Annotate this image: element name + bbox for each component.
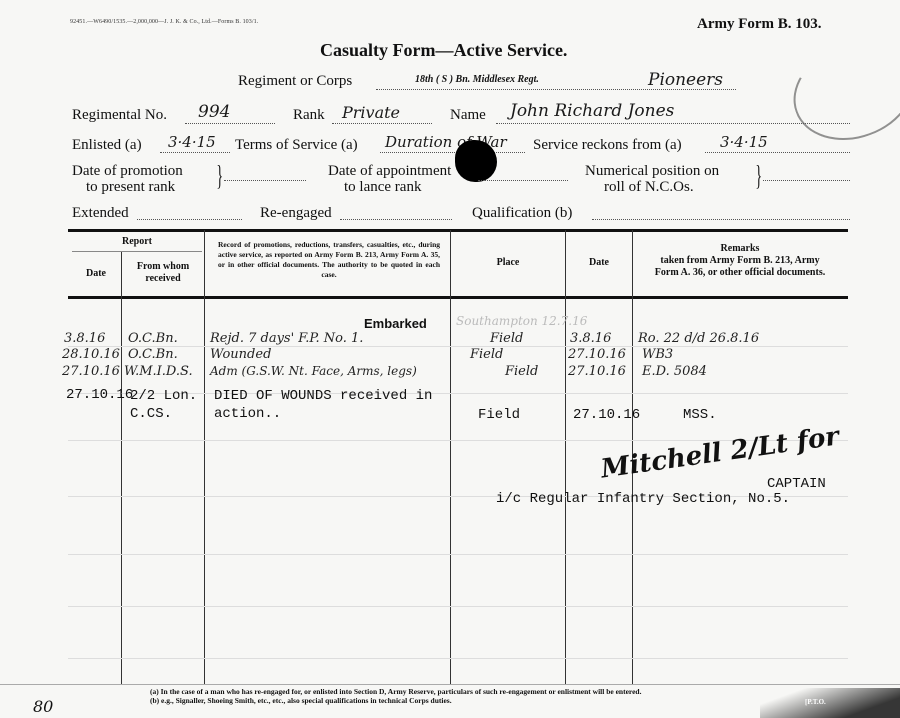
page-title: Casualty Form—Active Service. [320, 40, 567, 61]
brace-icon: } [216, 163, 223, 191]
qualification-label: Qualification (b) [472, 205, 572, 222]
army-form-number: Army Form B. 103. [697, 16, 822, 33]
numerical-position-label-line2: roll of N.C.Os. [604, 179, 694, 196]
scan-shadow [760, 688, 900, 718]
regiment-label: Regiment or Corps [238, 73, 352, 90]
column-header-remarks-body: taken from Army Form B. 213, Army Form A… [648, 255, 832, 279]
faint-place-entry: Southampton 12.7.16 [456, 314, 587, 328]
brace-icon: } [755, 163, 762, 191]
pto-marker: [P.T.O. [805, 698, 826, 706]
rank-value: Private [342, 103, 400, 122]
promotion-label-line2: to present rank [86, 179, 175, 196]
service-reckons-label: Service reckons from (a) [533, 137, 682, 154]
column-header-date: Date [72, 268, 120, 280]
regimental-no-value: 994 [198, 102, 230, 122]
signature-title: CAPTAIN [767, 476, 826, 492]
service-reckons-value: 3·4·15 [720, 133, 768, 151]
page-number: 80 [33, 697, 53, 716]
ink-blot [455, 140, 497, 182]
circular-stamp-icon [780, 26, 900, 157]
column-header-date2: Date [567, 257, 631, 269]
terms-label: Terms of Service (a) [235, 137, 358, 154]
enlisted-value: 3·4·15 [168, 133, 216, 151]
column-header-place: Place [452, 257, 564, 269]
rank-label: Rank [293, 107, 325, 124]
column-header-remarks-title: Remarks [640, 243, 840, 255]
print-code: 92451.—W6490/1535.—2,000,000—J. J. K. & … [70, 19, 258, 25]
footnote-b: (b) e.g., Signaller, Shoeing Smith, etc.… [150, 696, 452, 705]
reengaged-label: Re-engaged [260, 205, 332, 222]
footnote-a: (a) In the case of a man who has re-enga… [150, 687, 641, 696]
column-header-from-whom: From whom received [124, 261, 202, 285]
extended-label: Extended [72, 205, 129, 222]
embarked-stamp: Embarked [364, 316, 427, 331]
column-header-record: Record of promotions, reductions, transf… [218, 240, 440, 280]
section-label: i/c Regular Infantry Section, No.5. [496, 491, 790, 507]
appointment-label-line1: Date of appointment [328, 163, 451, 180]
name-value: John Richard Jones [510, 101, 674, 121]
column-header-report: Report [72, 236, 202, 248]
regiment-value: 18th ( S ) Bn. Middlesex Regt. [415, 74, 539, 85]
name-label: Name [450, 107, 486, 124]
promotion-label-line1: Date of promotion [72, 163, 183, 180]
table-header-rule [68, 296, 848, 299]
enlisted-label: Enlisted (a) [72, 137, 142, 154]
appointment-label-line2: to lance rank [344, 179, 421, 196]
regiment-annotation: Pioneers [648, 70, 723, 90]
numerical-position-label-line1: Numerical position on [585, 163, 719, 180]
regimental-no-label: Regimental No. [72, 107, 167, 124]
table-top-rule [68, 229, 848, 232]
